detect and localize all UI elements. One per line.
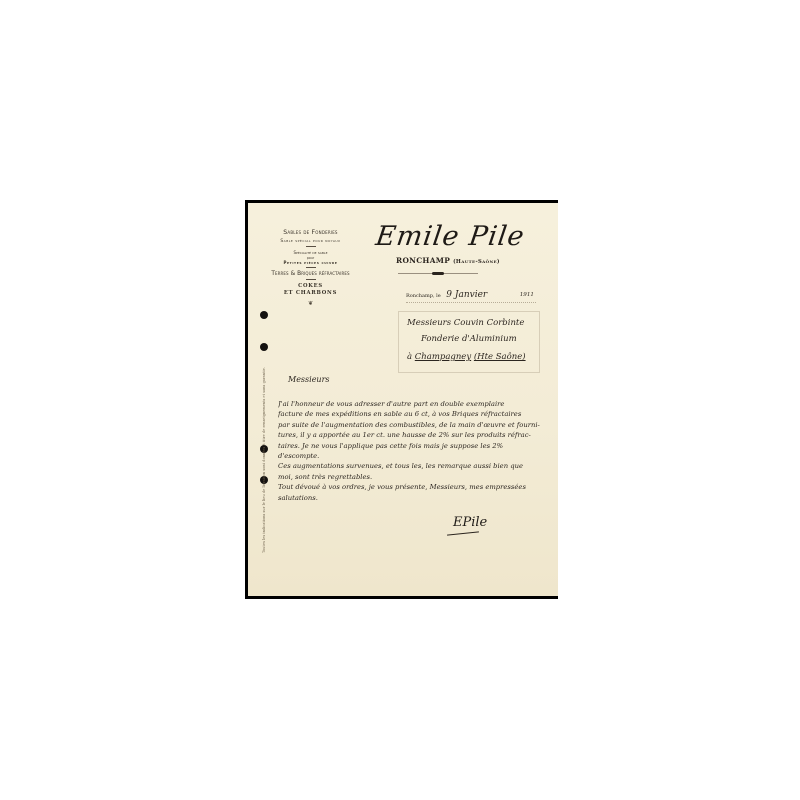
recipient-city-line: à Champagney (Hte Saône) [407, 352, 526, 362]
service-line: Spécialité de sable [258, 250, 363, 255]
salutation: Messieurs [288, 375, 330, 384]
letterhead-services: Sables de Fonderies Sable spécial pour n… [258, 229, 363, 307]
recipient-city: Champagney [415, 352, 471, 362]
divider [306, 246, 316, 247]
ornamental-rule [398, 273, 478, 274]
recipient-address-box: Messieurs Couvin Corbinte Fonderie d'Alu… [398, 311, 540, 373]
body-line: taires. Je ne vous l'applique pas cette … [278, 441, 554, 451]
dateline: Ronchamp, le 9 Janvier 1911 [406, 290, 536, 303]
recipient-company: Fonderie d'Aluminium [421, 334, 517, 344]
region-name: (Haute-Saône) [453, 259, 500, 265]
body-line: J'ai l'honneur de vous adresser d'autre … [278, 399, 554, 409]
punch-hole [260, 311, 268, 319]
body-line: d'escompte. [278, 451, 554, 461]
date-year: 1911 [520, 292, 534, 298]
letter-body: J'ai l'honneur de vous adresser d'autre … [278, 399, 554, 503]
recipient-name: Messieurs Couvin Corbinte [407, 318, 524, 328]
punch-hole [260, 343, 268, 351]
ornament-icon: ❦ [258, 300, 363, 307]
service-line: Petites pièces cuivre [258, 260, 363, 265]
service-line: Terres & Briques réfractaires [258, 271, 363, 277]
body-line: moi, sont très regrettables. [278, 472, 554, 482]
company-location: RONCHAMP(Haute-Saône) [396, 256, 500, 265]
body-line: salutations. [278, 493, 554, 503]
body-line: facture de mes expéditions en sable au 6… [278, 409, 554, 419]
service-line: COKES [258, 283, 363, 289]
body-line: par suite de l'augmentation des combusti… [278, 420, 554, 430]
town-name: RONCHAMP [396, 256, 450, 265]
body-line: Tout dévoué à vos ordres, je vous présen… [278, 482, 554, 492]
recipient-prefix: à [407, 352, 412, 362]
divider [306, 279, 316, 280]
scanned-letter: Toutes les indications sur le lieu de li… [245, 200, 558, 599]
letter-paper: Toutes les indications sur le lieu de li… [248, 203, 558, 596]
date-place: Ronchamp, le [406, 293, 441, 299]
margin-disclaimer: Toutes les indications sur le lieu de li… [262, 367, 266, 553]
date-handwritten: 9 Janvier [446, 290, 487, 300]
company-name: Emile Pile [374, 221, 527, 252]
service-line: Sables de Fonderies [258, 229, 363, 236]
service-line: ET CHARBONS [258, 290, 363, 296]
signature: EPile [453, 515, 487, 530]
body-line: Ces augmentations survenues, et tous les… [278, 461, 554, 471]
body-line: tures, il y a apportée au 1er ct. une ha… [278, 430, 554, 440]
service-line: Sable spécial pour noyaux [258, 239, 363, 244]
recipient-department: (Hte Saône) [474, 352, 526, 362]
divider [306, 267, 316, 268]
